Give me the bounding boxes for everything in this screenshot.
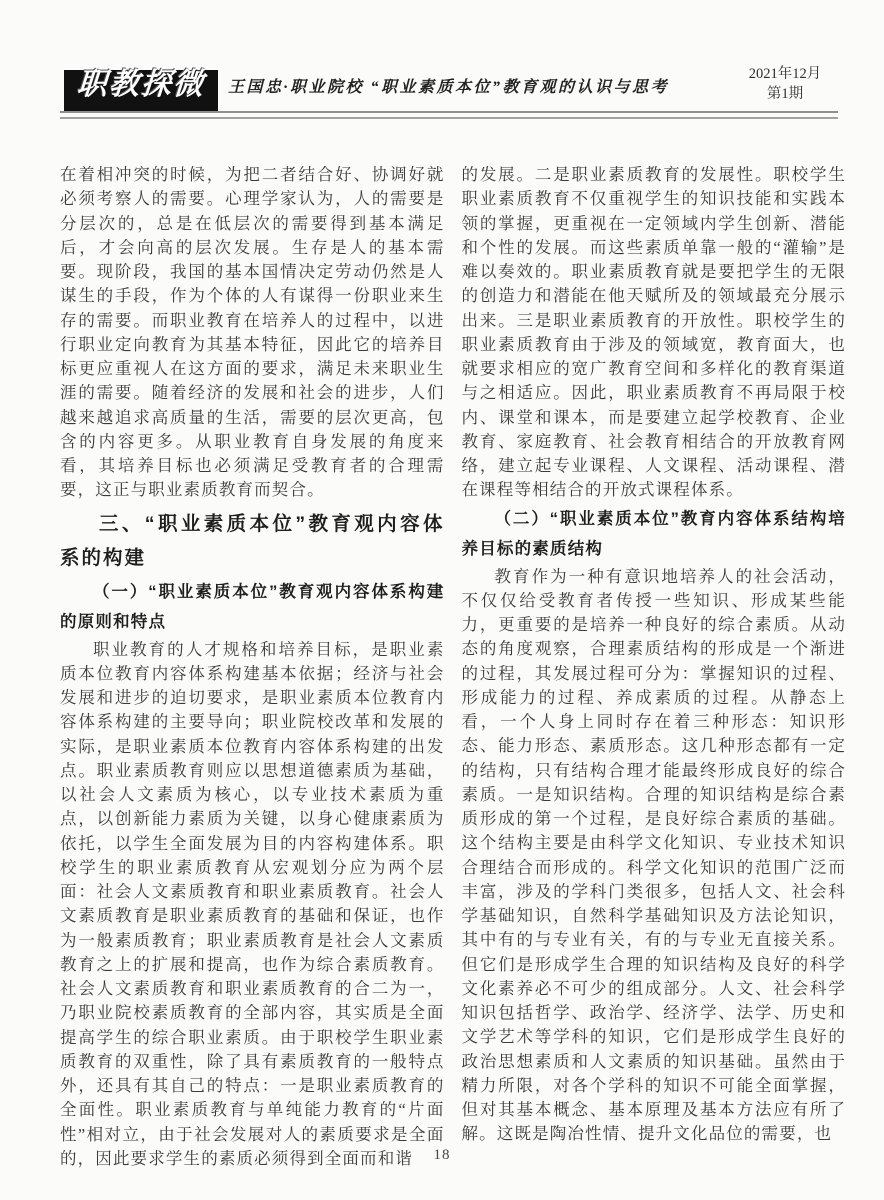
issue-number: 第1期 (730, 84, 840, 104)
paragraph-body: 职业教育的人才规格和培养目标，是职业素质本位教育内容体系构建基本依据；经济与社会… (60, 638, 445, 1172)
paragraph-continuation: 在着相冲突的时候，为把二者结合好、协调好就必须考察人的需要。心理学家认为，人的需… (60, 163, 445, 503)
page-number: 18 (0, 1147, 884, 1164)
journal-section-logo-text: 职教探微 (76, 70, 206, 100)
journal-section-logo: 职教探微 (64, 70, 218, 112)
header-divider (60, 111, 838, 119)
section-heading: 三、“职业素质本位”教育观内容体系的构建 (60, 507, 445, 575)
journal-page: 职教探微 王国忠·职业院校 “职业素质本位”教育观的认识与思考 2021年12月… (0, 0, 884, 1200)
right-column: 的发展。二是职业素质教育的发展性。职校学生职业素质教育不仅重视学生的知识技能和实… (462, 163, 847, 1171)
article-body: 在着相冲突的时候，为把二者结合好、协调好就必须考察人的需要。心理学家认为，人的需… (60, 163, 846, 1171)
paragraph-body: 教育作为一种有意识地培养人的社会活动，不仅仅给受教育者传授一些知识、形成某些能力… (462, 565, 847, 1147)
subsection-heading: （一）“职业素质本位”教育观内容体系构建的原则和特点 (60, 577, 445, 637)
issue-info: 2021年12月 第1期 (730, 64, 840, 104)
paragraph-continuation: 的发展。二是职业素质教育的发展性。职校学生职业素质教育不仅重视学生的知识技能和实… (462, 163, 847, 503)
page-header: 职教探微 王国忠·职业院校 “职业素质本位”教育观的认识与思考 2021年12月… (0, 0, 884, 160)
issue-date: 2021年12月 (730, 64, 840, 84)
subsection-heading: （二）“职业素质本位”教育内容体系结构培养目标的素质结构 (462, 504, 847, 564)
left-column: 在着相冲突的时候，为把二者结合好、协调好就必须考察人的需要。心理学家认为，人的需… (60, 163, 445, 1171)
running-head-article-title: 王国忠·职业院校 “职业素质本位”教育观的认识与思考 (228, 74, 668, 97)
